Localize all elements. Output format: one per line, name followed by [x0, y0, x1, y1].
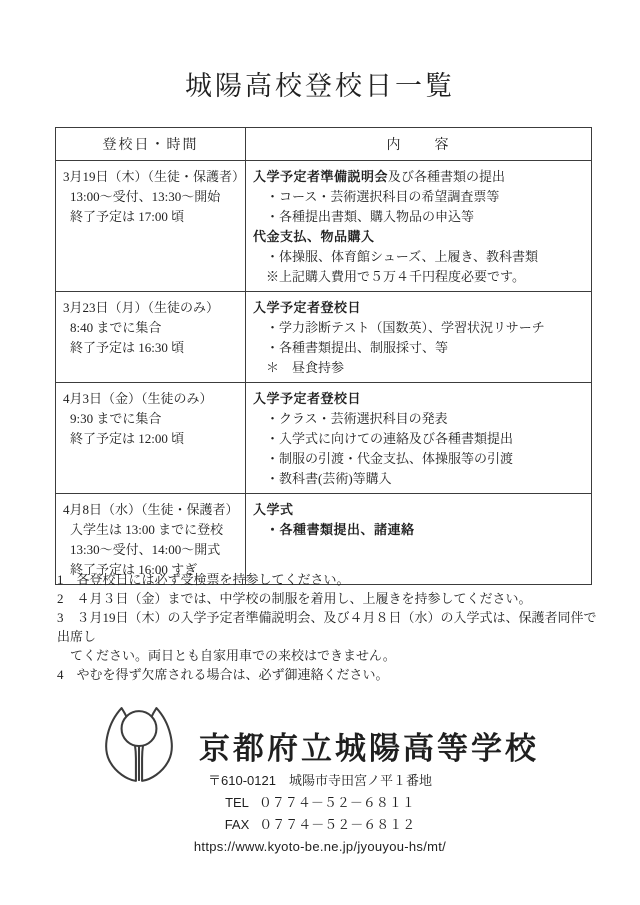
content-heading: 入学予定者登校日	[253, 298, 587, 318]
table-row: 4月3日（金）（生徒のみ） 9:30 までに集合 終了予定は 12:00 頃 入…	[56, 383, 592, 494]
postal-address: 〒610-0121 城陽市寺田宮ノ平１番地	[0, 770, 640, 792]
content-cell: 入学予定者準備説明会及び各種書類の提出 ・コース・芸術選択科目の希望調査票等 ・…	[246, 161, 592, 292]
content-item: ・教科書(芸術)等購入	[253, 469, 587, 489]
table-row: 3月23日（月）（生徒のみ） 8:40 までに集合 終了予定は 16:30 頃 …	[56, 292, 592, 383]
tel-line: TEL０７７４－５２－６８１１	[0, 792, 640, 814]
tel-label: TEL	[225, 792, 249, 814]
fax-number: ０７７４－５２－６８１２	[259, 817, 415, 832]
content-item: ・体操服、体育館シューズ、上履き、教科書類	[253, 247, 587, 267]
schedule-time: 入学生は 13:00 までに登校	[63, 520, 241, 540]
note-line: 1 各登校日には必ず受検票を持参してください。	[57, 570, 597, 589]
schedule-cell: 3月19日（木）（生徒・保護者） 13:00～受付、13:30～開始 終了予定は…	[56, 161, 246, 292]
schedule-date: 4月8日（水）（生徒・保護者）	[63, 500, 241, 520]
schedule-date: 3月19日（木）（生徒・保護者）	[63, 167, 241, 187]
note-line: 3 ３月19日（木）の入学予定者準備説明会、及び４月８日（水）の入学式は、保護者…	[57, 608, 597, 646]
schedule-cell: 4月3日（金）（生徒のみ） 9:30 までに集合 終了予定は 12:00 頃	[56, 383, 246, 494]
schedule-table: 登校日・時間 内 容 3月19日（木）（生徒・保護者） 13:00～受付、13:…	[55, 127, 592, 585]
note-line: 2 ４月３日（金）までは、中学校の制服を着用し、上履きを持参してください。	[57, 589, 597, 608]
content-note: ※上記購入費用で５万４千円程度必要です。	[253, 267, 587, 287]
content-heading: 入学予定者登校日	[253, 389, 587, 409]
content-item: ・コース・芸術選択科目の希望調査票等	[253, 187, 587, 207]
header-cell-date: 登校日・時間	[56, 128, 246, 161]
content-item: ・学力診断テスト（国数英）、学習状況リサーチ	[253, 318, 587, 338]
fax-label: FAX	[225, 814, 250, 836]
table-header-row: 登校日・時間 内 容	[56, 128, 592, 161]
content-item: ・制服の引渡・代金支払、体操服等の引渡	[253, 449, 587, 469]
schedule-time: 8:40 までに集合	[63, 318, 241, 338]
content-heading-tail: 及び各種書類の提出	[388, 169, 505, 184]
schedule-date: 4月3日（金）（生徒のみ）	[63, 389, 241, 409]
content-item: ・入学式に向けての連絡及び各種書類提出	[253, 429, 587, 449]
note-line-continuation: てください。両日とも自家用車での来校はできません。	[57, 646, 597, 665]
document-page: 城陽高校登校日一覧 登校日・時間 内 容 3月19日（木）（生徒・保護者） 13…	[0, 0, 640, 905]
schedule-cell: 3月23日（月）（生徒のみ） 8:40 までに集合 終了予定は 16:30 頃	[56, 292, 246, 383]
content-item: ・各種書類提出、制服採寸、等	[253, 338, 587, 358]
content-heading-line: 入学予定者準備説明会及び各種書類の提出	[253, 167, 587, 187]
page-title: 城陽高校登校日一覧	[0, 64, 640, 103]
schedule-time: 9:30 までに集合	[63, 409, 241, 429]
schedule-time: 終了予定は 16:30 頃	[63, 338, 241, 358]
content-heading: 入学式	[253, 500, 587, 520]
school-name: 京都府立城陽高等学校	[199, 723, 539, 768]
contact-block: 〒610-0121 城陽市寺田宮ノ平１番地 TEL０７７４－５２－６８１１ FA…	[0, 770, 640, 858]
schedule-time: 13:00～受付、13:30～開始	[63, 187, 241, 207]
schedule-time: 終了予定は 12:00 頃	[63, 429, 241, 449]
schedule-date: 3月23日（月）（生徒のみ）	[63, 298, 241, 318]
content-item: ・クラス・芸術選択科目の発表	[253, 409, 587, 429]
note-line: 4 やむを得ず欠席される場合は、必ず御連絡ください。	[57, 665, 597, 684]
table-row: 3月19日（木）（生徒・保護者） 13:00～受付、13:30～開始 終了予定は…	[56, 161, 592, 292]
fax-line: FAX０７７４－５２－６８１２	[0, 814, 640, 836]
content-cell: 入学予定者登校日 ・学力診断テスト（国数英）、学習状況リサーチ ・各種書類提出、…	[246, 292, 592, 383]
content-cell: 入学予定者登校日 ・クラス・芸術選択科目の発表 ・入学式に向けての連絡及び各種書…	[246, 383, 592, 494]
content-item: ＊ 昼食持参	[253, 358, 587, 378]
schedule-time: 終了予定は 17:00 頃	[63, 207, 241, 227]
content-heading: 代金支払、物品購入	[253, 227, 587, 247]
content-heading: 入学予定者準備説明会	[253, 169, 388, 184]
tel-number: ０７７４－５２－６８１１	[259, 795, 415, 810]
website-url: https://www.kyoto-be.ne.jp/jyouyou-hs/mt…	[0, 836, 640, 858]
schedule-time: 13:30～受付、14:00～開式	[63, 540, 241, 560]
content-item: ・各種提出書類、購入物品の申込等	[253, 207, 587, 227]
notes-section: 1 各登校日には必ず受検票を持参してください。 2 ４月３日（金）までは、中学校…	[57, 570, 597, 684]
content-item: ・各種書類提出、諸連絡	[253, 520, 587, 540]
header-cell-content: 内 容	[246, 128, 592, 161]
